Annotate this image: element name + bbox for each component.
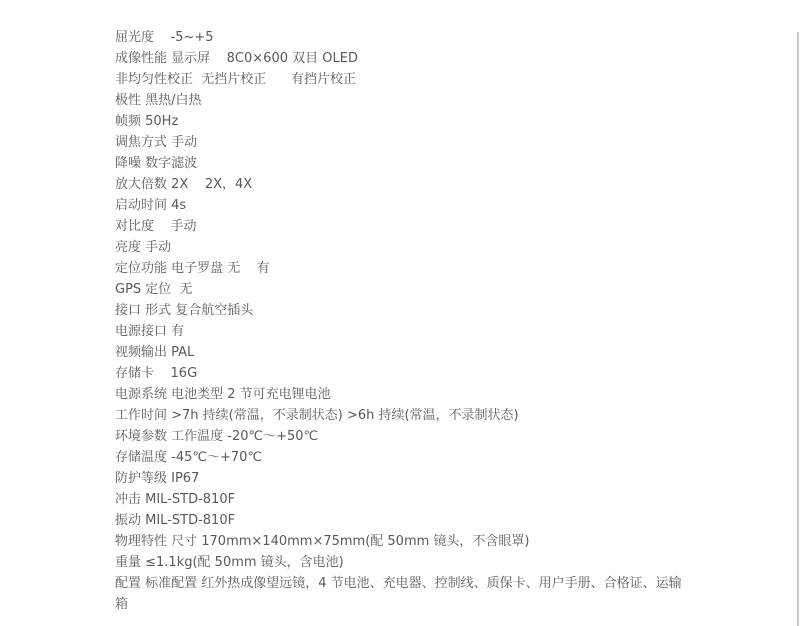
spec-line-standard-config: 配置 标准配置 红外热成像望远镜，4 节电池、充电器、控制线、质保卡、用户手册、… [115,573,785,594]
spec-text-block: 屈光度 -5~+5 成像性能 显示屏 8C0×600 双目 OLED 非均匀性校… [115,27,785,615]
spec-line-power-port: 电源接口 有 [115,321,785,342]
spec-line-standard-config-wrap: 箱 [115,594,785,615]
spec-line-startup-time: 启动时间 4s [115,195,785,216]
spec-line-video-output: 视频输出 PAL [115,342,785,363]
spec-line-working-temp: 环境参数 工作温度 -20℃～+50℃ [115,426,785,447]
spec-line-working-time: 工作时间 >7h 持续(常温，不录制状态) >6h 持续(常温，不录制状态) [115,405,785,426]
spec-line-contrast: 对比度 手动 [115,216,785,237]
spec-line-brightness: 亮度 手动 [115,237,785,258]
page-edge-divider [797,32,799,626]
spec-line-polarity: 极性 黑热/白热 [115,90,785,111]
spec-line-magnification: 放大倍数 2X 2X，4X [115,174,785,195]
spec-line-protection-rating: 防护等级 IP67 [115,468,785,489]
document-page: 屈光度 -5~+5 成像性能 显示屏 8C0×600 双目 OLED 非均匀性校… [0,0,800,626]
spec-line-compass: 定位功能 电子罗盘 无 有 [115,258,785,279]
spec-line-shock: 冲击 MIL-STD-810F [115,489,785,510]
spec-line-battery-type: 电源系统 电池类型 2 节可充电锂电池 [115,384,785,405]
spec-line-storage-temp: 存储温度 -45℃～+70℃ [115,447,785,468]
spec-line-nuc: 非均匀性校正 无挡片校正 有挡片校正 [115,69,785,90]
spec-line-noise-reduction: 降噪 数字滤波 [115,153,785,174]
spec-line-display: 成像性能 显示屏 8C0×600 双目 OLED [115,48,785,69]
spec-line-frame-rate: 帧频 50Hz [115,111,785,132]
spec-line-diopter: 屈光度 -5~+5 [115,27,785,48]
spec-line-gps: GPS 定位 无 [115,279,785,300]
spec-line-weight: 重量 ≤1.1kg(配 50mm 镜头，含电池) [115,552,785,573]
spec-line-dimensions: 物理特性 尺寸 170mm×140mm×75mm(配 50mm 镜头，不含眼罩) [115,531,785,552]
spec-line-vibration: 振动 MIL-STD-810F [115,510,785,531]
spec-line-storage-card: 存储卡 16G [115,363,785,384]
spec-line-interface: 接口 形式 复合航空插头 [115,300,785,321]
spec-line-focus-mode: 调焦方式 手动 [115,132,785,153]
